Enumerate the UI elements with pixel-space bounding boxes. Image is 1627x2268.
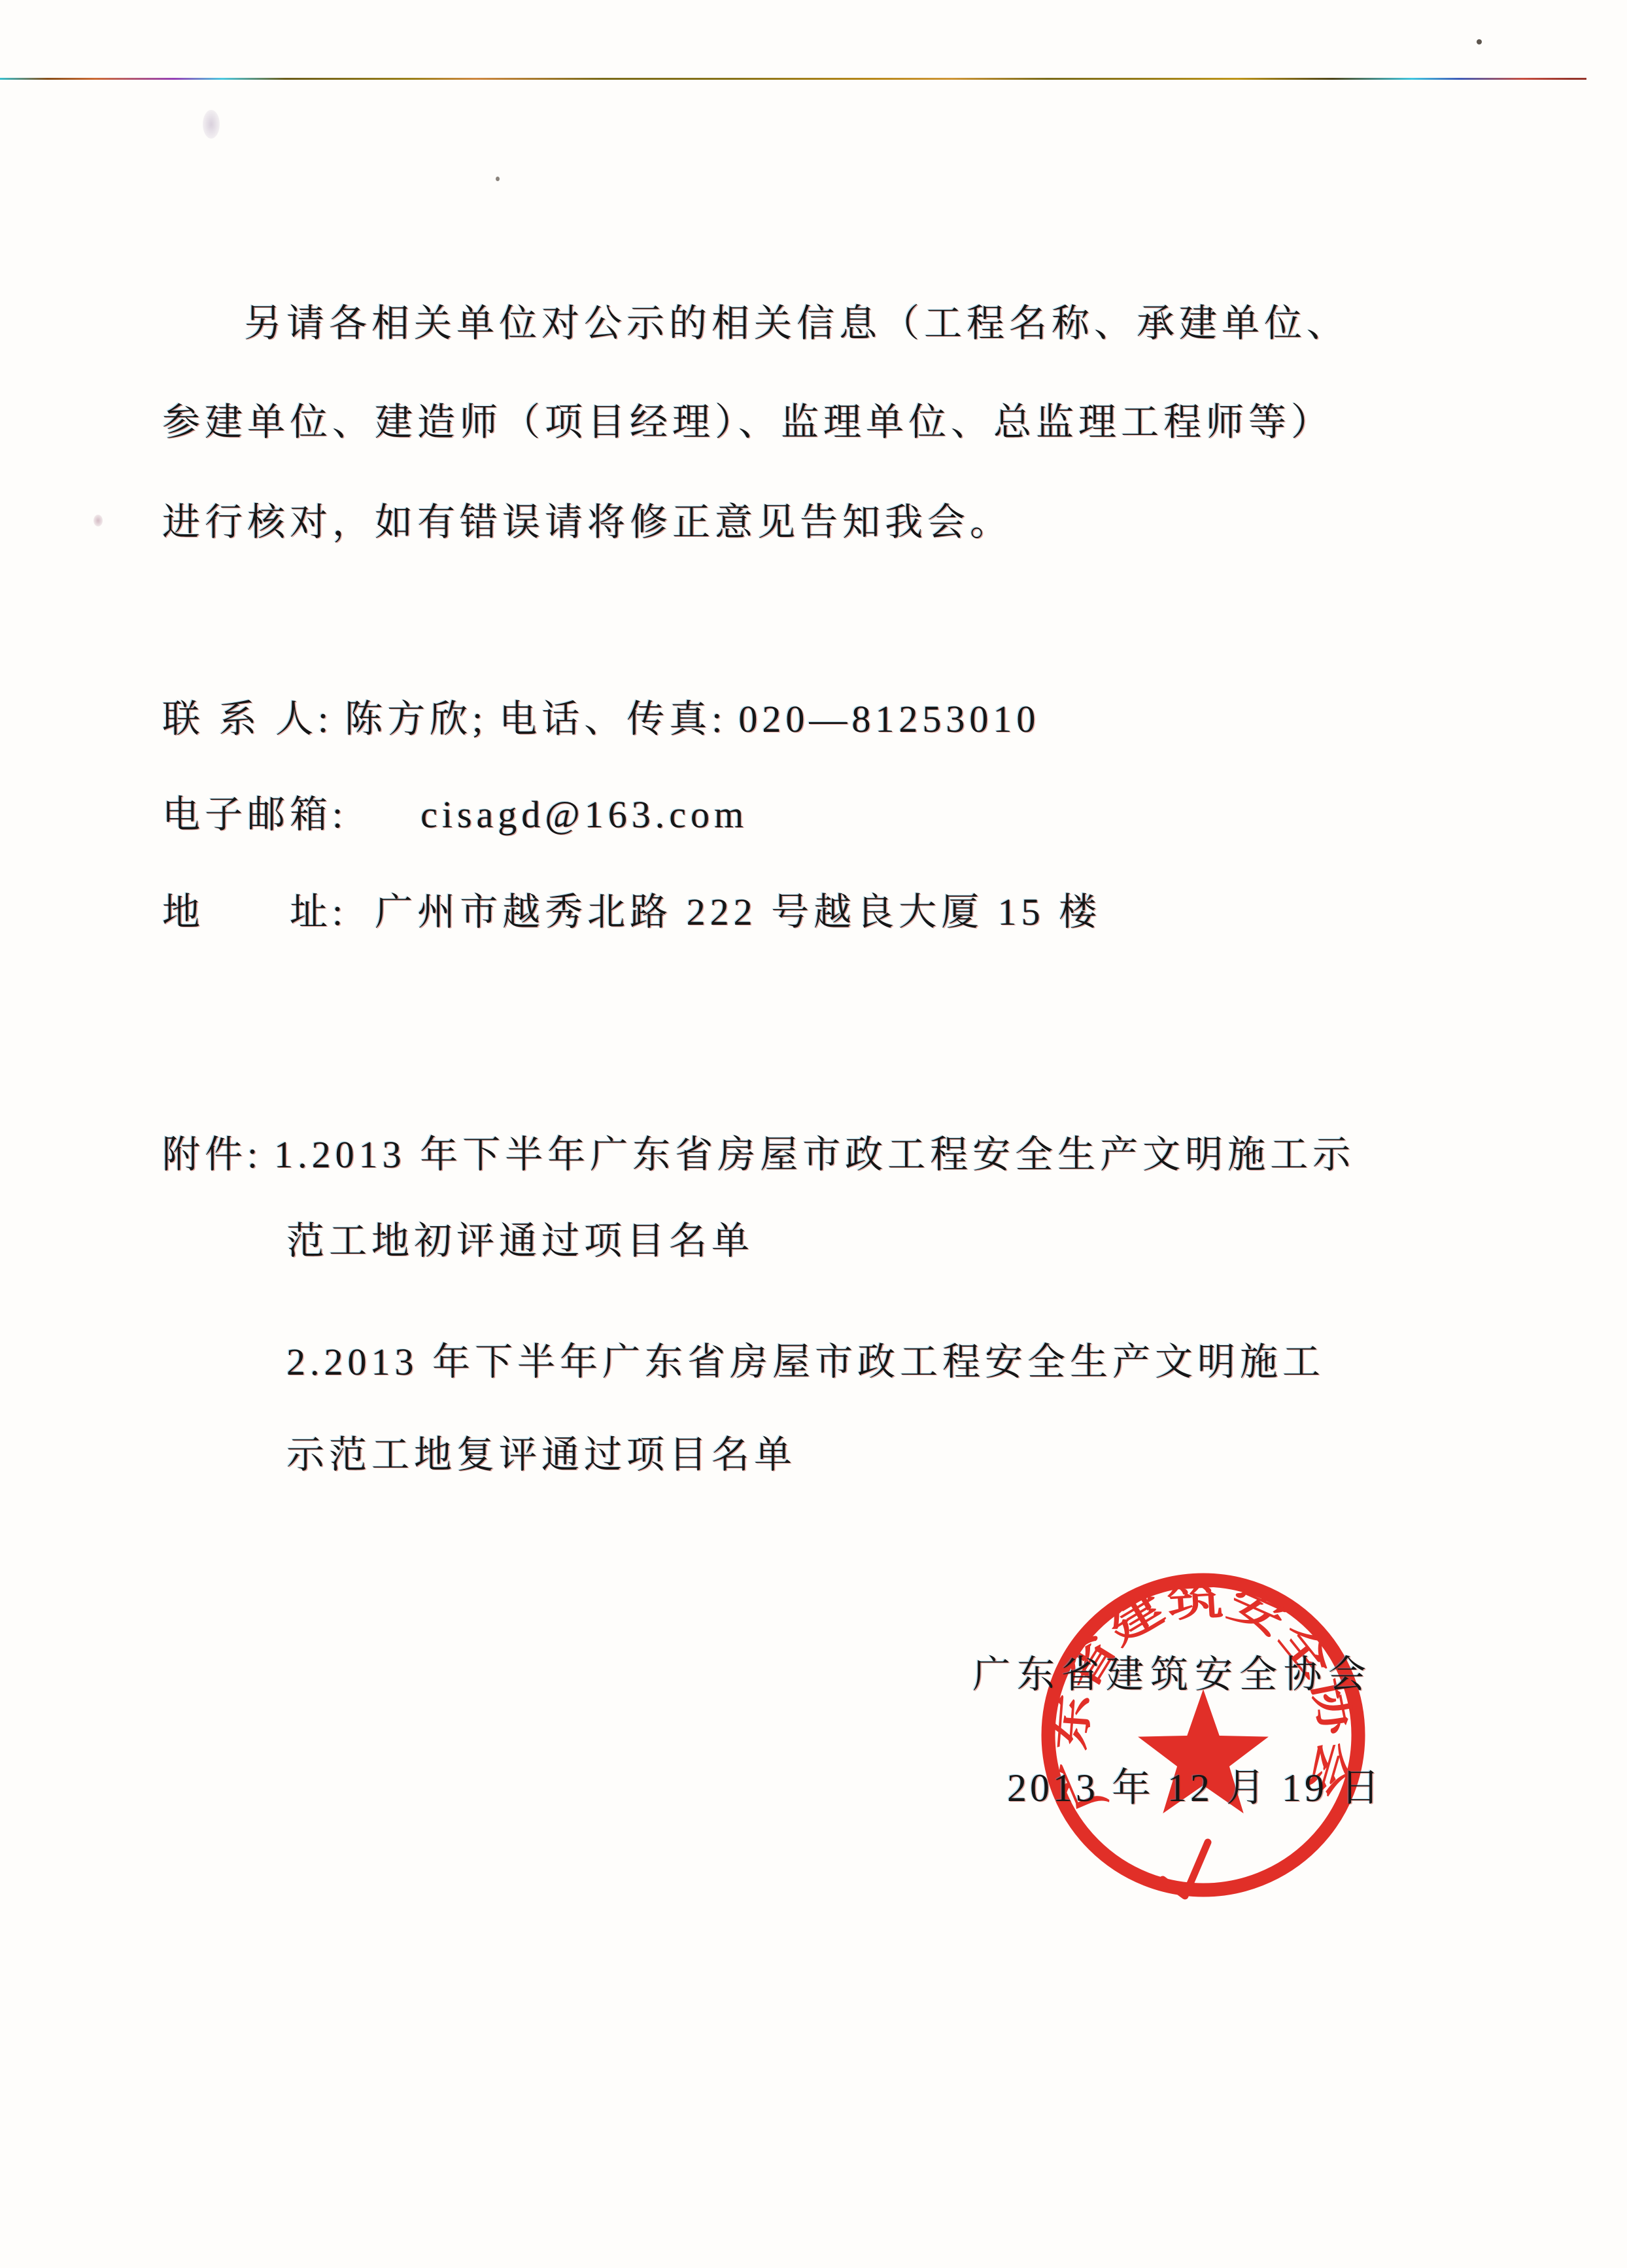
attachment-item1-line2: 范工地初评通过项目名单 xyxy=(286,1220,754,1263)
attachment-item2-line2: 示范工地复评通过项目名单 xyxy=(286,1434,796,1477)
contact-email-label: 电子邮箱: xyxy=(162,793,347,836)
scan-speck xyxy=(94,515,103,526)
attachment-item1-line1: 附件:1.2013 年下半年广东省房屋市政工程安全生产文明施工示 xyxy=(162,1133,1355,1177)
paragraph-line-3: 进行核对，如有错误请将修正意见告知我会。 xyxy=(162,501,1012,545)
scan-speck xyxy=(496,177,500,181)
contact-address-line: 地 址:广州市越秀北路 222 号越良大厦 15 楼 xyxy=(162,891,1101,935)
official-seal-stamp: 广东省建筑安全协会 xyxy=(1030,1563,1377,1910)
scan-speck xyxy=(203,110,220,139)
attachment-label: 附件: xyxy=(162,1133,262,1176)
scan-speck xyxy=(1477,39,1482,44)
contact-address-label: 地 址: xyxy=(162,891,347,933)
contact-phone-label: 电话、传真: xyxy=(499,698,727,740)
scanned-document-page: 另请各相关单位对公示的相关信息（工程名称、承建单位、 参建单位、建造师（项目经理… xyxy=(0,0,1627,2268)
attachment-item2-line1: 2.2013 年下半年广东省房屋市政工程安全生产文明施工 xyxy=(286,1341,1325,1384)
paragraph-line-1: 另请各相关单位对公示的相关信息（工程名称、承建单位、 xyxy=(244,302,1349,346)
contact-phone-number: 020—81253010 xyxy=(738,698,1040,740)
contact-person-name: 陈方欣; xyxy=(345,698,487,740)
paragraph-line-2: 参建单位、建造师（项目经理）、监理单位、总监理工程师等） xyxy=(162,401,1333,445)
contact-email-line: 电子邮箱:cisagd@163.com xyxy=(162,793,748,837)
contact-address-value: 广州市越秀北路 222 号越良大厦 15 楼 xyxy=(375,891,1101,933)
signature-organization: 广东省建筑安全协会 xyxy=(972,1653,1373,1697)
scan-artifact-line xyxy=(0,78,1586,80)
contact-person-line: 联 系 人:陈方欣;电话、传真:020—81253010 xyxy=(162,698,1040,742)
contact-email-value: cisagd@163.com xyxy=(420,793,748,836)
signature-date: 2013 年 12 月 19 日 xyxy=(1007,1766,1383,1811)
contact-person-label: 联 系 人: xyxy=(162,698,333,740)
attachment-item1-text: 1.2013 年下半年广东省房屋市政工程安全生产文明施工示 xyxy=(274,1133,1355,1176)
